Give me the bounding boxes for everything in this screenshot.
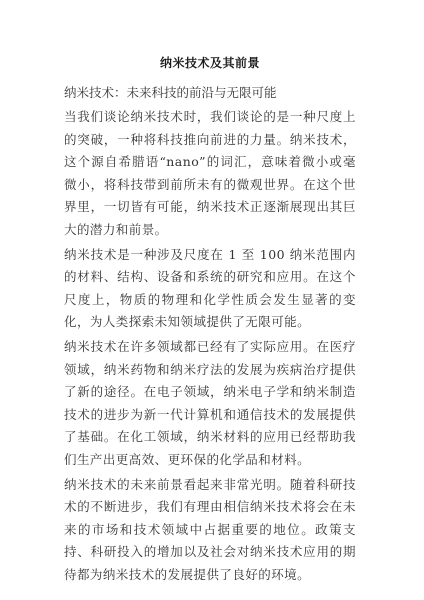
paragraph-intro: 当我们谈论纳米技术时，我们谈论的是一种尺度上的突破，一种将科技推向前进的力量。纳…: [64, 106, 356, 242]
paragraph-definition: 纳米技术是一种涉及尺度在 1 至 100 纳米范围内的材料、结构、设备和系统的研…: [64, 244, 356, 334]
paragraph-applications: 纳米技术在许多领域都已经有了实际应用。在医疗领域，纳米药物和纳米疗法的发展为疾病…: [64, 336, 356, 472]
document-subtitle: 纳米技术：未来科技的前沿与无限可能: [64, 82, 356, 104]
paragraph-outlook: 纳米技术的未来前景看起来非常光明。随着科研技术的不断进步，我们有理由相信纳米技术…: [64, 474, 356, 587]
document-title: 纳米技术及其前景: [64, 54, 356, 72]
document-page: 纳米技术及其前景 纳米技术：未来科技的前沿与无限可能 当我们谈论纳米技术时，我们…: [64, 54, 356, 588]
